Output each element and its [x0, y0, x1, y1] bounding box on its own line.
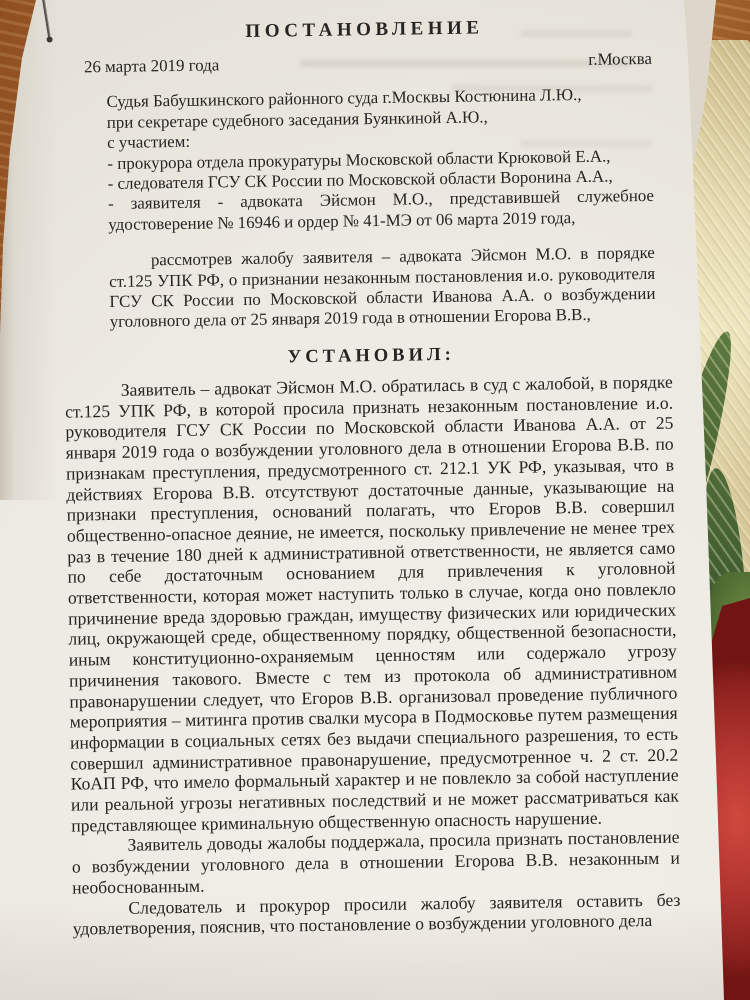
resolution-heading: УСТАНОВИЛ: — [98, 342, 644, 371]
body-paragraph-2: Заявитель доводы жалобы поддержала, прос… — [71, 827, 680, 898]
document-city: г.Москва — [588, 49, 652, 70]
document-body-block: Заявитель – адвокат Эйсмон М.О. обратила… — [65, 372, 681, 940]
document-text: ПОСТАНОВЛЕНИЕ 26 марта 2019 года г.Москв… — [0, 0, 750, 1000]
applicant-line: - заявителя - адвоката Эйсмон М.О., пред… — [108, 186, 655, 235]
photo-scene: ПОСТАНОВЛЕНИЕ 26 марта 2019 года г.Москв… — [0, 0, 750, 1000]
court-composition: Судья Бабушкинского районного суда г.Мос… — [106, 84, 654, 235]
document-date: 26 марта 2019 года — [84, 55, 220, 77]
document-header-block: ПОСТАНОВЛЕНИЕ 26 марта 2019 года г.Москв… — [105, 14, 656, 370]
body-paragraph-1: Заявитель – адвокат Эйсмон М.О. обратила… — [65, 372, 680, 836]
date-place-row: 26 марта 2019 года г.Москва — [84, 49, 652, 78]
preamble-paragraph: рассмотрев жалобу заявителя – адвоката Э… — [109, 243, 656, 333]
document-title: ПОСТАНОВЛЕНИЕ — [91, 14, 637, 46]
body-paragraph-3: Следователь и прокурор просили жалобу за… — [72, 889, 681, 939]
